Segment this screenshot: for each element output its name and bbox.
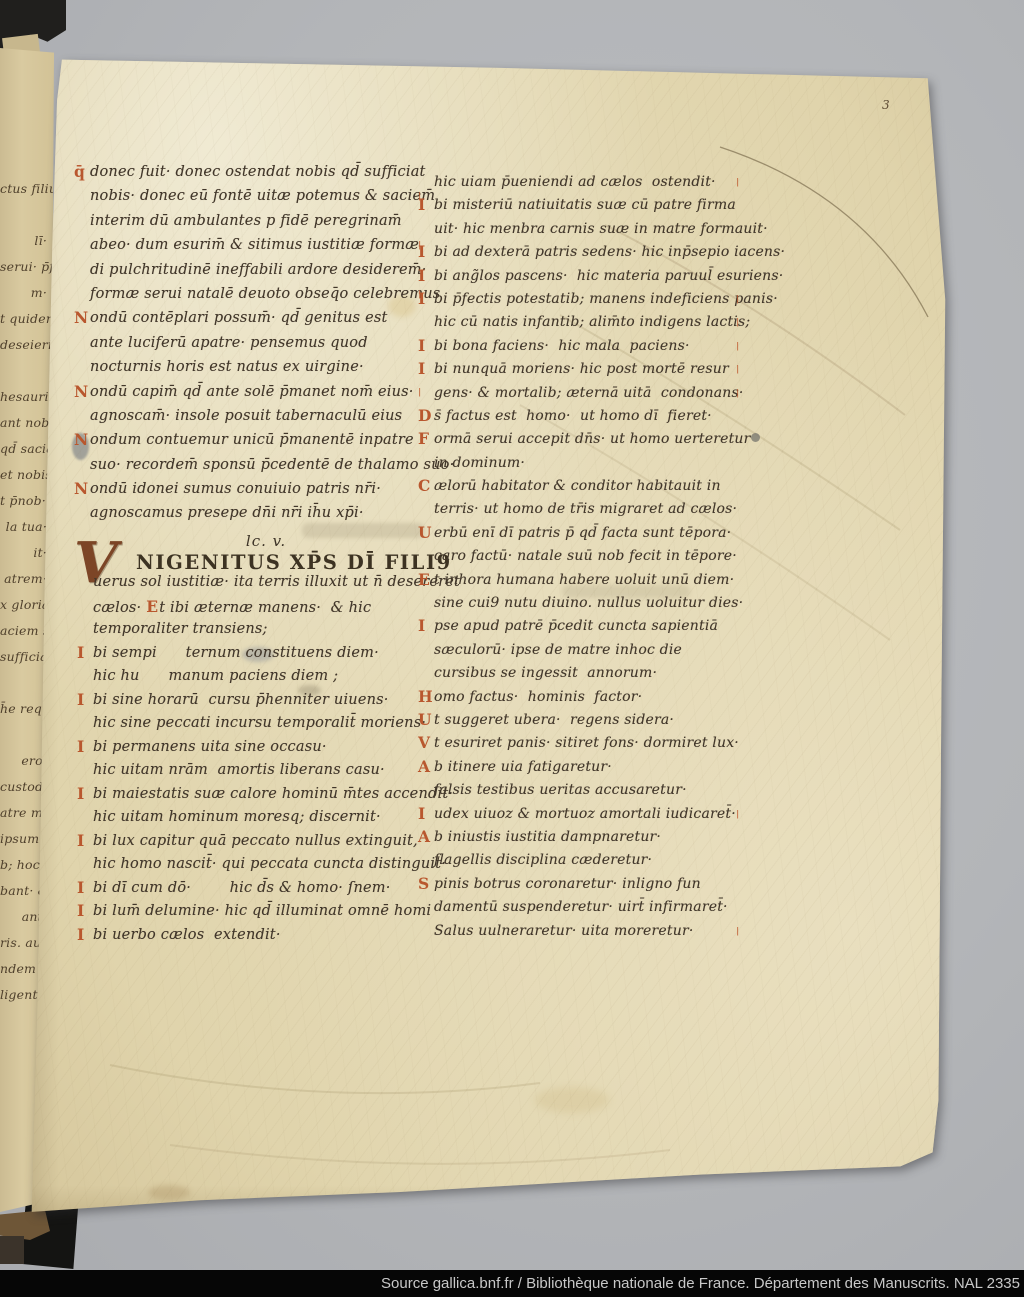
manuscript-line: Vt esuriret panis· sitiret fons· dormire… — [434, 736, 766, 759]
line-text: sine cui9 nutu diuino. nullus uoluitur d… — [434, 595, 743, 611]
stain — [535, 1087, 609, 1113]
line-text: bi permanens uita sine occasu· — [93, 739, 327, 755]
line-text: Salus uulneraretur· uita moreretur· — [434, 923, 694, 939]
line-text: ondū capim̄ qd̄ ante solē p̄manet nom̄ e… — [90, 384, 414, 400]
manuscript-line: Nondū idonei sumus conuiuio patris nr̄i· — [90, 482, 442, 506]
manuscript-line: Ibi nunquā moriens· hic post mortē resur… — [434, 362, 766, 385]
caption-bar: Source gallica.bnf.fr / Bibliothèque nat… — [0, 1270, 1024, 1297]
rubricated-initial: N — [74, 384, 88, 400]
line-text: bi lum̄ delumine· hic qd̄ illuminat omnē… — [93, 903, 431, 919]
line-text: uerus sol iustitiæ· ita terris illuxit u… — [93, 574, 460, 590]
line-text: nocturnis horis est natus ex uirgine· — [90, 359, 364, 375]
rubricated-initial: N — [74, 432, 88, 448]
line-text: bi ang̃los pascens· hic materia paruul̄ … — [434, 268, 783, 284]
manuscript-line: abeo· dum esurim̄ & sitimus iustitiæ for… — [90, 238, 442, 262]
line-text: bi bona faciens· hic mala paciens· — [434, 338, 690, 354]
manuscript-line: Ab iniustis iustitia dampnaretur· — [434, 830, 766, 853]
line-text: t inhora humana habere uoluit unū diem· — [434, 572, 734, 588]
manuscript-line: Spinis botrus coronaretur· inligno fun — [434, 877, 766, 900]
manuscript-line: nobis· donec eū fontē uitæ potemus & sac… — [90, 189, 442, 213]
rubricated-initial: F — [418, 431, 429, 447]
line-text: t suggeret ubera· regens sidera· — [434, 712, 674, 728]
manuscript-line: Formā serui accepit dn̄s· ut homo uerter… — [434, 432, 766, 455]
rubricated-initial: I — [77, 903, 84, 919]
line-text: bi maiestatis suæ calore hominū m̄tes ac… — [93, 786, 453, 802]
manuscript-line: Et inhora humana habere uoluit unū diem· — [434, 573, 766, 596]
rubric-margin-mark: | — [736, 342, 740, 351]
manuscript-line: nocturnis horis est natus ex uirgine· — [90, 360, 442, 384]
line-text: s̄ factus est homo· ut homo dī fieret· — [434, 408, 712, 424]
rubricated-initial: I — [77, 786, 84, 802]
line-text: cursibus se ingessit annorum· — [434, 665, 657, 681]
line-text: uit· hic menbra carnis suæ in matre form… — [434, 221, 768, 237]
line-text: formæ serui natalē deuoto obseq̄o celebr… — [90, 286, 440, 302]
manuscript-line: temporaliter transiens; — [93, 622, 445, 646]
rubricated-initial: I — [77, 645, 84, 661]
rubricated-initial: N — [74, 310, 88, 326]
rubricated-initial: I — [418, 361, 425, 377]
left-text-column-upper: q̄donec fuit· donec ostendat nobis qd̄ s… — [90, 165, 442, 531]
rubric-margin-mark: | — [736, 366, 740, 375]
line-text: b itinere uia fatigaretur· — [434, 759, 612, 775]
line-text: gens· & mortalib; æternā uitā condonans· — [434, 385, 744, 401]
rubricated-initial: N — [74, 481, 88, 497]
rubricated-initial: I — [418, 618, 425, 634]
manuscript-line: interim dū ambulantes p fidē peregrinam̄ — [90, 214, 442, 238]
rubricated-initial: I — [77, 880, 84, 896]
line-text: bi misteriū natiuitatis suæ cū patre fir… — [434, 197, 736, 213]
line-text: bi sempi ternum constituens diem· — [93, 645, 379, 661]
manuscript-line: ante luciferū apatre· pensemus quod — [90, 336, 442, 360]
manuscript-line: agnoscam̄· insole posuit tabernaculū eiu… — [90, 409, 442, 433]
rubricated-initial: S — [418, 876, 429, 892]
rubricated-initial: I — [77, 927, 84, 943]
rubricated-initial: U — [418, 525, 432, 541]
manuscript-line: hic homo nascit̄· qui peccata cuncta dis… — [93, 857, 445, 881]
rubric-margin-mark: | — [736, 319, 740, 328]
manuscript-line: flagellis disciplina cæderetur· — [434, 853, 766, 876]
manuscript-line: cursibus se ingessit annorum· — [434, 666, 766, 689]
manuscript-line: Homo factus· hominis factor· — [434, 690, 766, 713]
rubricated-initial: E — [418, 572, 430, 588]
rubricated-initial: I — [418, 268, 425, 284]
line-text: bi lux capitur quā peccato nullus exting… — [93, 833, 418, 849]
line-text: ondū contēplari possum̄· qd̄ genitus est — [90, 310, 388, 326]
manuscript-line: uit· hic menbra carnis suæ in matre form… — [434, 222, 766, 245]
rubricated-initial: H — [418, 689, 433, 705]
rubricated-initial: I — [418, 291, 425, 307]
rubricated-initial: I — [418, 244, 425, 260]
manuscript-line: Iudex uiuoz & mortuoz amortali iudicaret… — [434, 807, 766, 830]
rubricated-initial: A — [418, 829, 430, 845]
line-text: hic uiam p̄ueniendi ad cælos ostendit· — [434, 174, 716, 190]
rubricated-initial: I — [77, 739, 84, 755]
manuscript-line: agnoscamus presepe dn̄i nr̄i ih̄u xp̄i· — [90, 506, 442, 530]
line-text: temporaliter transiens; — [93, 621, 268, 637]
line-text: bi p̄fectis potestatib; manens indeficie… — [434, 291, 778, 307]
manuscript-line: Ibi maiestatis suæ calore hominū m̄tes a… — [93, 787, 445, 811]
rubricated-initial: I — [418, 806, 425, 822]
line-text: udex uiuoz & mortuoz amortali iudicaret̄… — [434, 806, 736, 822]
manuscript-line: Ibi sine horarū cursu p̄henniter uiuens· — [93, 693, 445, 717]
line-text: in dominum· — [434, 455, 525, 471]
line-text: ondū idonei sumus conuiuio patris nr̄i· — [90, 481, 381, 497]
rubricated-initial: q̄ — [74, 164, 85, 180]
rubric-margin-mark: | — [736, 389, 740, 398]
line-text: hic sine peccati incursu temporalit̄ mor… — [93, 715, 426, 731]
rubricated-initial: I — [77, 833, 84, 849]
manuscript-line: Salus uulneraretur· uita moreretur·| — [434, 924, 766, 947]
rubricated-initial: I — [418, 338, 425, 354]
manuscript-line: Cælorū habitator & conditor habitauit in — [434, 479, 766, 502]
manuscript-line: Ibi permanens uita sine occasu· — [93, 740, 445, 764]
manuscript-line: gens· & mortalib; æternā uitā condonans·… — [434, 386, 766, 409]
line-text: hic hu manum paciens diem ; — [93, 668, 338, 684]
line-text: b iniustis iustitia dampnaretur· — [434, 829, 661, 845]
rubric-margin-mark: | — [736, 296, 740, 305]
manuscript-line: caro factū· natale suū nob fecit in tēpo… — [434, 549, 766, 572]
line-text: erbū enī dī patris p̄ qd̄ facta sunt tēp… — [434, 525, 731, 541]
source-caption: Source gallica.bnf.fr / Bibliothèque nat… — [381, 1270, 1024, 1297]
right-text-column: hic uiam p̄ueniendi ad cælos ostendit·|I… — [434, 175, 766, 947]
rubric-margin-mark: | — [418, 388, 422, 397]
line-text: hic homo nascit̄· qui peccata cuncta dis… — [93, 856, 446, 872]
line-text: agnoscamus presepe dn̄i nr̄i ih̄u xp̄i· — [90, 505, 364, 521]
line-text: t esuriret panis· sitiret fons· dormiret… — [434, 735, 739, 751]
line-text: falsis testibus ueritas accusaretur· — [434, 782, 687, 798]
manuscript-line: Ut suggeret ubera· regens sidera· — [434, 713, 766, 736]
line-text: damentū suspenderetur· uirt̄ infirmaret̄… — [434, 899, 728, 915]
manuscript-line: terris· ut homo de tr̄is migraret ad cæl… — [434, 502, 766, 525]
line-text: agnoscam̄· insole posuit tabernaculū eiu… — [90, 408, 402, 424]
line-text: flagellis disciplina cæderetur· — [434, 852, 652, 868]
line-text: ormā serui accepit dn̄s· ut homo uertere… — [434, 431, 751, 447]
manuscript-line: Uerbū enī dī patris p̄ qd̄ facta sunt tē… — [434, 526, 766, 549]
manuscript-line: hic uitam hominum moresq; discernit· — [93, 810, 445, 834]
line-text: bi sine horarū cursu p̄henniter uiuens· — [93, 692, 389, 708]
rubric-margin-mark: | — [736, 927, 740, 936]
rubric-margin-mark: | — [736, 179, 740, 188]
manuscript-line: q̄donec fuit· donec ostendat nobis qd̄ s… — [90, 165, 442, 189]
manuscript-line: Nondū capim̄ qd̄ ante solē p̄manet nom̄ … — [90, 385, 442, 409]
manuscript-line: Ibi lum̄ delumine· hic qd̄ illuminat omn… — [93, 904, 445, 928]
binding-board-edge — [0, 1236, 24, 1264]
rubricated-initial: D — [418, 408, 432, 424]
manuscript-line: suo· recordem̄ sponsū p̄cedentē de thala… — [90, 458, 442, 482]
line-text: nobis· donec eū fontē uitæ potemus & sac… — [90, 188, 435, 204]
rubricated-initial: V — [418, 735, 430, 751]
line-text: hic uitam hominum moresq; discernit· — [93, 809, 381, 825]
line-text: bi uerbo cælos extendit· — [93, 927, 281, 943]
line-text: ante luciferū apatre· pensemus quod — [90, 335, 368, 351]
manuscript-line: Ds̄ factus est homo· ut homo dī fieret· — [434, 409, 766, 432]
manuscript-line: uerus sol iustitiæ· ita terris illuxit u… — [93, 575, 445, 599]
manuscript-line: hic uiam p̄ueniendi ad cælos ostendit·| — [434, 175, 766, 198]
manuscript-line: Ipse apud patrē p̄cedit cuncta sapientiā — [434, 619, 766, 642]
line-text: bi nunquā moriens· hic post mortē resur — [434, 361, 729, 377]
line-text: di pulchritudinē ineffabili ardore desid… — [90, 262, 427, 278]
manuscript-line: Ibi ang̃los pascens· hic materia paruul̄… — [434, 269, 766, 292]
rubricated-initial: A — [418, 759, 430, 775]
line-text: bi dī cum dō· hic d̄s & homo· ſnem· — [93, 880, 391, 896]
rubricated-initial: I — [77, 692, 84, 708]
line-text: pinis botrus coronaretur· inligno fun — [434, 876, 701, 892]
manuscript-line: hic cū natis infantib; alim̄to indigens … — [434, 315, 766, 338]
manuscript-line: cælos· Et ibi æternæ manens· & hic — [93, 599, 445, 623]
line-text: cælos· — [93, 600, 146, 616]
line-text: ælorū habitator & conditor habitauit in — [434, 478, 721, 494]
manuscript-line: Ab itinere uia fatigaretur· — [434, 760, 766, 783]
manuscript-line: Ibi lux capitur quā peccato nullus extin… — [93, 834, 445, 858]
rubricated-initial: C — [418, 478, 431, 494]
stain — [148, 1185, 190, 1200]
line-text: caro factū· natale suū nob fecit in tēpo… — [434, 548, 737, 564]
incipit-caps: NIGENITUS XP̄S DĪ FILI9 — [136, 551, 452, 574]
manuscript-line: hic uitam nrām amortis liberans casu· — [93, 763, 445, 787]
manuscript-line: in dominum· — [434, 456, 766, 479]
manuscript-line: Ibi ad dexterā patris sedens· hic inp̄se… — [434, 245, 766, 268]
line-text: hic uitam nrām amortis liberans casu· — [93, 762, 385, 778]
line-text: hic cū natis infantib; alim̄to indigens … — [434, 314, 750, 330]
manuscript-line: Nondū contēplari possum̄· qd̄ genitus es… — [90, 311, 442, 335]
manuscript-line: Ibi uerbo cælos extendit· — [93, 928, 445, 952]
line-text: ondum contuemur unicū p̄manentē inpatre — [90, 432, 414, 448]
manuscript-line: Ibi dī cum dō· hic d̄s & homo· ſnem· — [93, 881, 445, 905]
line-text: terris· ut homo de tr̄is migraret ad cæl… — [434, 501, 737, 517]
manuscript-line: Ibi bona faciens· hic mala paciens·| — [434, 339, 766, 362]
manuscript-line: Ibi sempi ternum constituens diem· — [93, 646, 445, 670]
line-text: t ibi æternæ manens· & hic — [159, 600, 371, 616]
manuscript-line: Ibi misteriū natiuitatis suæ cū patre fi… — [434, 198, 766, 221]
manuscript-line: Nondum contuemur unicū p̄manentē inpatre — [90, 433, 442, 457]
manuscript-line: damentū suspenderetur· uirt̄ infirmaret̄… — [434, 900, 766, 923]
rubric-margin-mark: | — [736, 810, 740, 819]
line-text: interim dū ambulantes p fidē peregrinam̄ — [90, 213, 402, 229]
rubricated-initial: I — [418, 197, 425, 213]
line-text: omo factus· hominis factor· — [434, 689, 642, 705]
rubricated-initial: E — [146, 597, 158, 616]
folio-number: 3 — [882, 98, 890, 112]
rubricated-initial: U — [418, 712, 432, 728]
manuscript-line: di pulchritudinē ineffabili ardore desid… — [90, 263, 442, 287]
manuscript-line: hic sine peccati incursu temporalit̄ mor… — [93, 716, 445, 740]
line-text: pse apud patrē p̄cedit cuncta sapientiā — [434, 618, 718, 634]
manuscript-line: sine cui9 nutu diuino. nullus uoluitur d… — [434, 596, 766, 619]
manuscript-line: falsis testibus ueritas accusaretur· — [434, 783, 766, 806]
line-text: suo· recordem̄ sponsū p̄cedentē de thala… — [90, 457, 454, 473]
manuscript-page-wrap: 3 q̄donec fuit· donec ostendat nobis qd̄… — [20, 55, 995, 1220]
manuscript-line: Ibi p̄fectis potestatib; manens indefici… — [434, 292, 766, 315]
line-text: sæculorū· ipse de matre inhoc die — [434, 642, 682, 658]
manuscript-line: sæculorū· ipse de matre inhoc die — [434, 643, 766, 666]
line-text: abeo· dum esurim̄ & sitimus iustitiæ for… — [90, 237, 419, 253]
manuscript-line: formæ serui natalē deuoto obseq̄o celebr… — [90, 287, 442, 311]
manuscript-page: 3 q̄donec fuit· donec ostendat nobis qd̄… — [20, 55, 995, 1220]
line-text: bi ad dexterā patris sedens· hic inp̄sep… — [434, 244, 785, 260]
left-text-column-lower: uerus sol iustitiæ· ita terris illuxit u… — [93, 575, 445, 951]
line-text: donec fuit· donec ostendat nobis qd̄ suf… — [90, 164, 426, 180]
manuscript-line: hic hu manum paciens diem ; — [93, 669, 445, 693]
